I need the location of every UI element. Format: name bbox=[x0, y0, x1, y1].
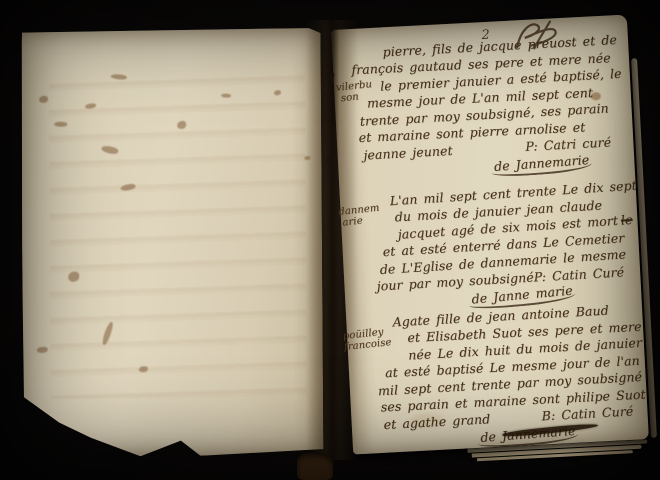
book-photo: 2 vilerbu son dannem arie poüilley franc… bbox=[0, 0, 660, 480]
photo-vignette bbox=[0, 0, 660, 480]
